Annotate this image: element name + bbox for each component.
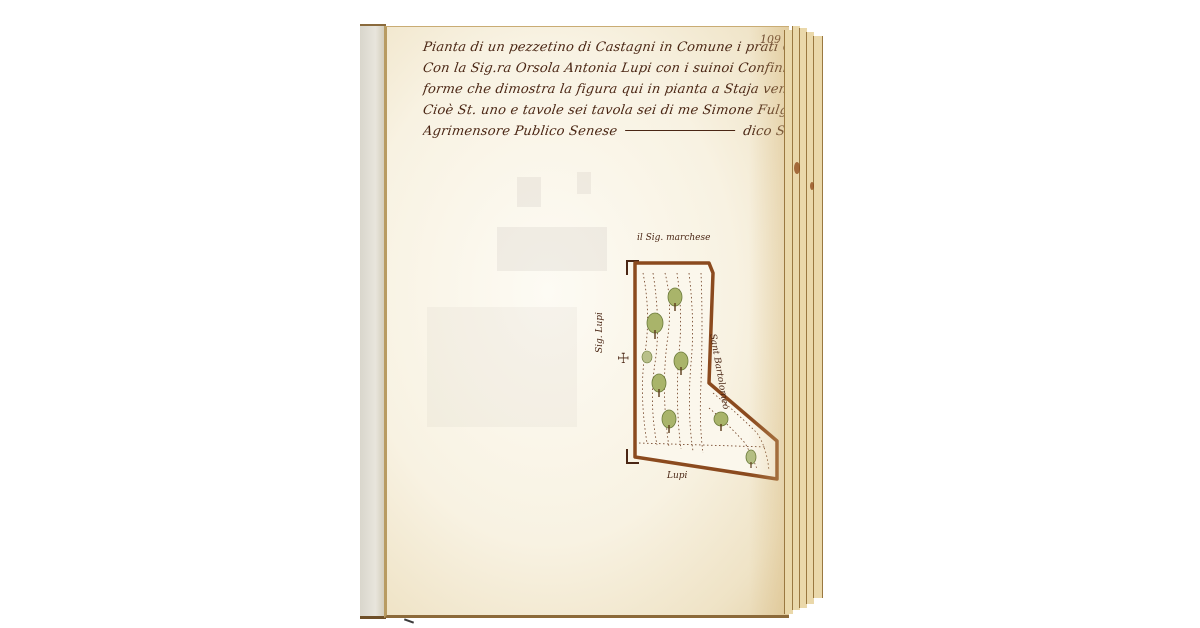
bleed-through-text bbox=[427, 307, 577, 427]
folio-number: 109 bbox=[760, 33, 781, 46]
text-line-1: Pianta di un pezzetino di Castagni in Co… bbox=[422, 37, 805, 58]
map-label-west: Sig. Lupi bbox=[595, 312, 605, 353]
bleed-through-mark bbox=[577, 172, 591, 194]
text-line-5: Agrimensore Publico Senesedico St. 1 et … bbox=[422, 121, 805, 142]
signature-rule bbox=[625, 130, 735, 131]
stray-mark bbox=[404, 618, 414, 623]
page-edge bbox=[813, 36, 823, 598]
bleed-through-mark bbox=[517, 177, 541, 207]
ink-stain bbox=[794, 162, 800, 174]
text-line-4: Cioè St. uno e tavole sei tavola sei di … bbox=[422, 100, 805, 121]
cross-icon: ☩ bbox=[617, 351, 630, 367]
text-line-2: Con la Sig.ra Orsola Antonia Lupi con i … bbox=[422, 58, 805, 79]
manuscript-text: Pianta di un pezzetino di Castagni in Co… bbox=[423, 37, 803, 142]
ink-stain bbox=[810, 182, 814, 190]
text-line-3: forme che dimostra la figura qui in pian… bbox=[422, 79, 805, 100]
page-block-edges bbox=[784, 22, 824, 618]
manuscript-page: 109 Pianta di un pezzetino di Castagni i… bbox=[384, 26, 789, 618]
map-label-north: il Sig. marchese bbox=[637, 233, 710, 243]
surveyor-title: Agrimensore Publico Senese bbox=[422, 124, 618, 139]
bleed-through-mark bbox=[497, 227, 607, 271]
manuscript-book: 109 Pianta di un pezzetino di Castagni i… bbox=[360, 22, 825, 622]
map-label-south: Lupi bbox=[667, 471, 687, 481]
previous-page-leaf bbox=[360, 24, 386, 619]
